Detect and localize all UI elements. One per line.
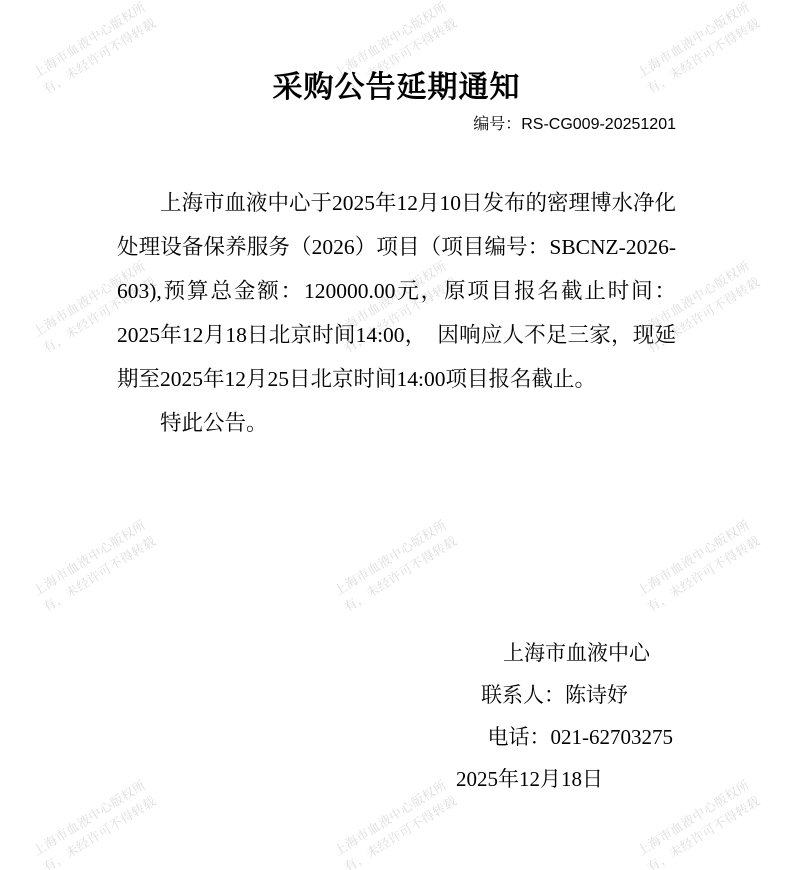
signature-block: 上海市血液中心 联系人：陈诗妤 电话：021-62703275 2025年12月… (117, 632, 676, 800)
document-page: 上海市血液中心版权所有，未经许可不得转载上海市血液中心版权所有，未经许可不得转载… (0, 0, 793, 870)
watermark-tile: 上海市血液中心版权所有，未经许可不得转载 (331, 511, 470, 617)
document-title: 采购公告延期通知 (117, 0, 676, 106)
document-body: 上海市血液中心于2025年12月10日发布的密理博水净化处理设备保养服务（202… (117, 181, 676, 445)
document-number: 编号：RS-CG009-20251201 (117, 115, 676, 135)
watermark-tile: 上海市血液中心版权所有，未经许可不得转载 (30, 511, 169, 617)
watermark-tile: 上海市血液中心版权所有，未经许可不得转载 (634, 511, 773, 617)
signature-organization: 上海市血液中心 (117, 632, 650, 674)
signature-phone: 电话：021-62703275 (117, 716, 673, 758)
signature-date: 2025年12月18日 (117, 758, 603, 800)
body-paragraph-2: 特此公告。 (117, 401, 676, 445)
body-paragraph-1: 上海市血液中心于2025年12月10日发布的密理博水净化处理设备保养服务（202… (117, 181, 676, 401)
document-content: 采购公告延期通知 编号：RS-CG009-20251201 上海市血液中心于20… (0, 0, 793, 445)
signature-contact-person: 联系人：陈诗妤 (117, 674, 628, 716)
